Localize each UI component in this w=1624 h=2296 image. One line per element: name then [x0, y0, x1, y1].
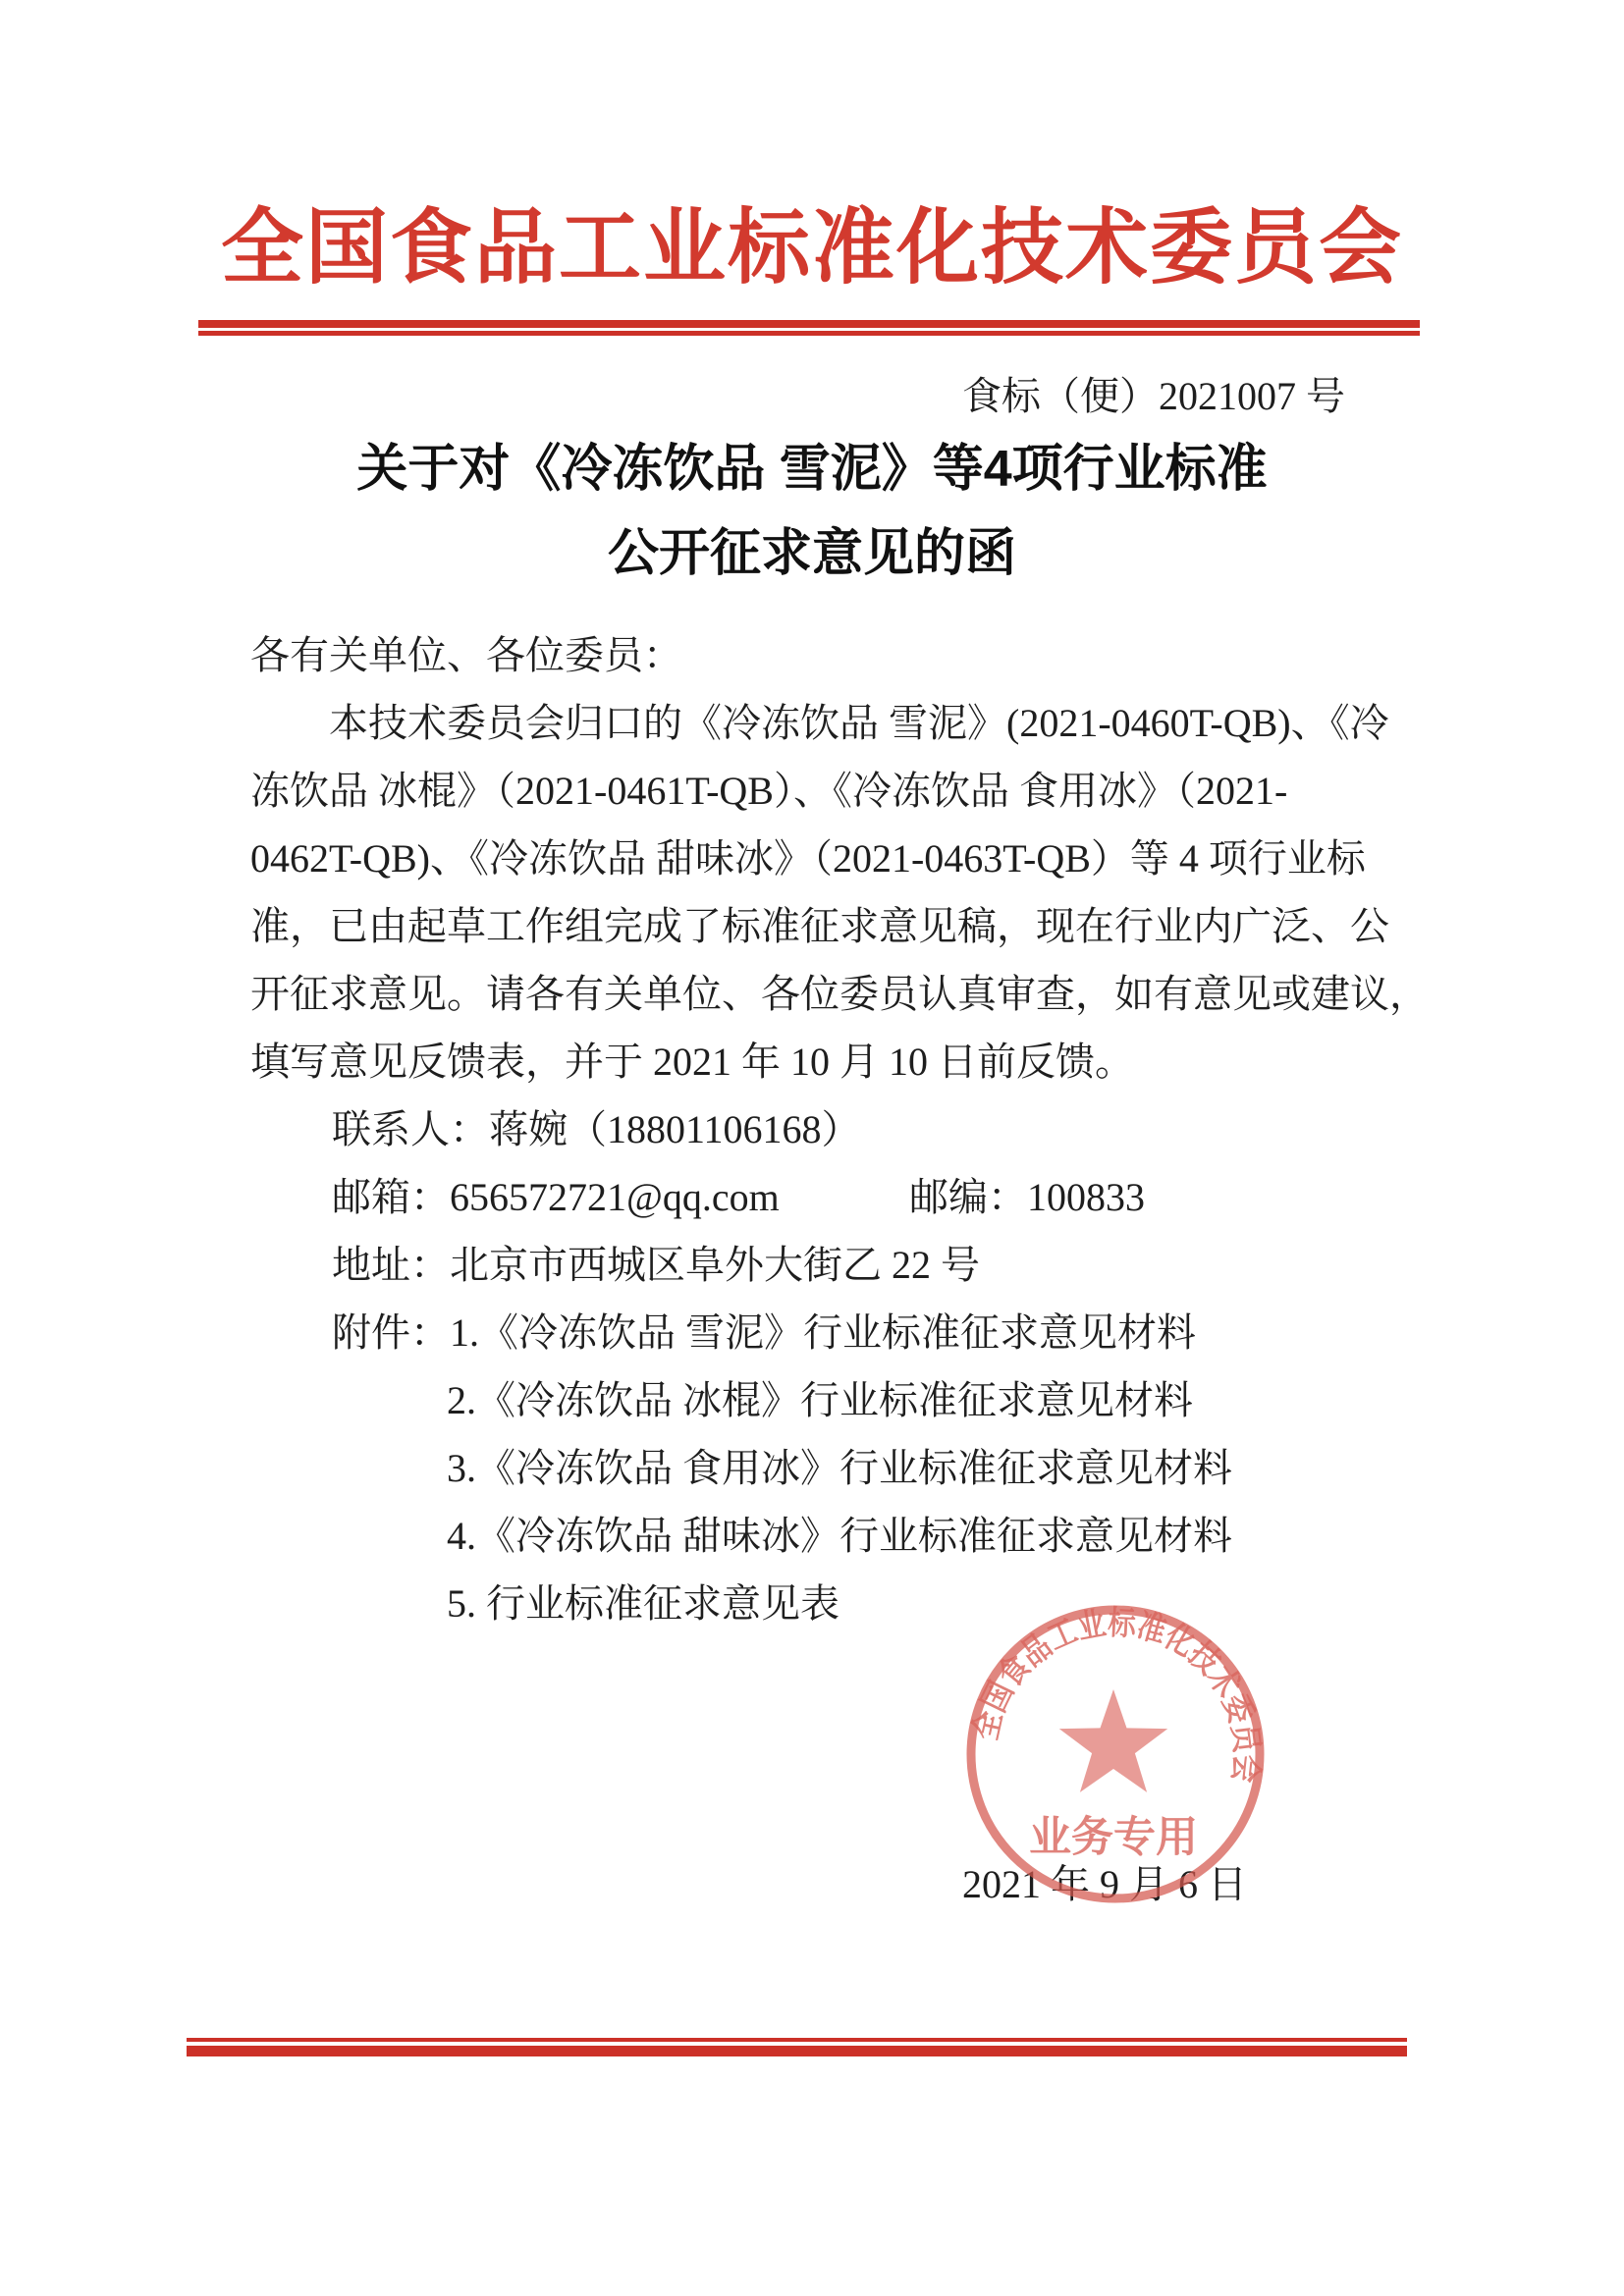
footer-divider [187, 2038, 1407, 2056]
contact-address: 地址：北京市西城区阜外大街乙 22 号 [332, 1246, 980, 1285]
seal-star-icon [1059, 1689, 1167, 1792]
attachment-item: 2.《冷冻饮品 冰棍》行业标准征求意见材料 [447, 1381, 1193, 1420]
document-title-line1: 关于对《冷冻饮品 雪泥》等4项行业标准 [0, 444, 1624, 495]
paragraph-line: 开征求意见。请各有关单位、各位委员认真审查，如有意见或建议， [250, 975, 1429, 1014]
seal-center-text: 业务专用 [1029, 1814, 1198, 1861]
document-reference-number: 食标（便）2021007 号 [962, 365, 1345, 421]
attachment-item: 5. 行业标准征求意见表 [447, 1584, 839, 1624]
letterhead-organization-title: 全国食品工业标准化技术委员会 [0, 206, 1624, 293]
salutation: 各有关单位、各位委员： [250, 636, 682, 675]
paragraph-line: 0462T-QB)、《冷冻饮品 甜味冰》（2021-0463T-QB）等 4 项… [250, 839, 1366, 879]
paragraph-line: 本技术委员会归口的《冷冻饮品 雪泥》(2021-0460T-QB)、《冷 [329, 704, 1389, 743]
attachments-label: 附件： [332, 1310, 450, 1355]
attachment-item: 3.《冷冻饮品 食用冰》行业标准征求意见材料 [447, 1449, 1232, 1488]
paragraph-line: 冻饮品 冰棍》（2021-0461T-QB）、《冷冻饮品 食用冰》（2021- [250, 772, 1287, 811]
paragraph-line: 填写意见反馈表，并于 2021 年 10 月 10 日前反馈。 [250, 1042, 1134, 1082]
contact-email: 邮箱：656572721@qq.com [332, 1178, 780, 1217]
divider-thick-line [187, 2046, 1407, 2056]
divider-thin-line [187, 2038, 1407, 2042]
paragraph-line: 准，已由起草工作组完成了标准征求意见稿，现在行业内广泛、公 [250, 907, 1389, 946]
divider-thick-line [198, 320, 1420, 328]
official-seal: 全国食品工业标准化技术委员会 业务专用 [958, 1597, 1272, 1911]
letterhead-divider [198, 320, 1420, 336]
document-title-line2: 公开征求意见的函 [0, 528, 1624, 579]
attachment-item: 1.《冷冻饮品 雪泥》行业标准征求意见材料 [450, 1310, 1196, 1355]
attachment-item: 4.《冷冻饮品 甜味冰》行业标准征求意见材料 [447, 1517, 1232, 1556]
divider-thin-line [198, 331, 1420, 336]
attachments-list-first-row: 附件：1.《冷冻饮品 雪泥》行业标准征求意见材料 [332, 1313, 1196, 1353]
contact-person: 联系人：蒋婉（18801106168） [332, 1110, 861, 1149]
contact-postal-code: 邮编：100833 [909, 1178, 1145, 1217]
scanned-official-letter: 全国食品工业标准化技术委员会 食标（便）2021007 号 关于对《冷冻饮品 雪… [0, 0, 1624, 2296]
